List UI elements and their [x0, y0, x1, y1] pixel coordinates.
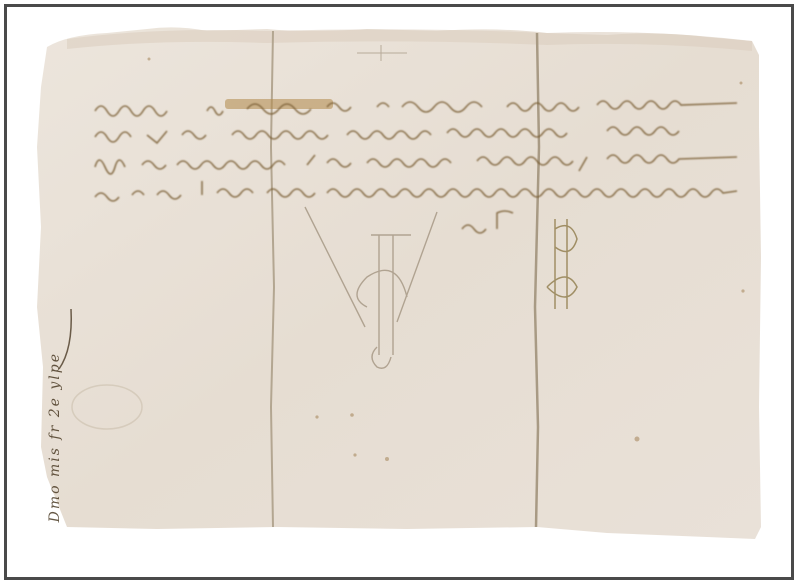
picture-frame: Desseli yo ████ Hrané i vos palathe mi h… — [4, 4, 794, 580]
margin-note: Dmo mis fr 2e ylpe — [47, 352, 63, 522]
manuscript-sheet: Desseli yo ████ Hrané i vos palathe mi h… — [7, 7, 791, 577]
